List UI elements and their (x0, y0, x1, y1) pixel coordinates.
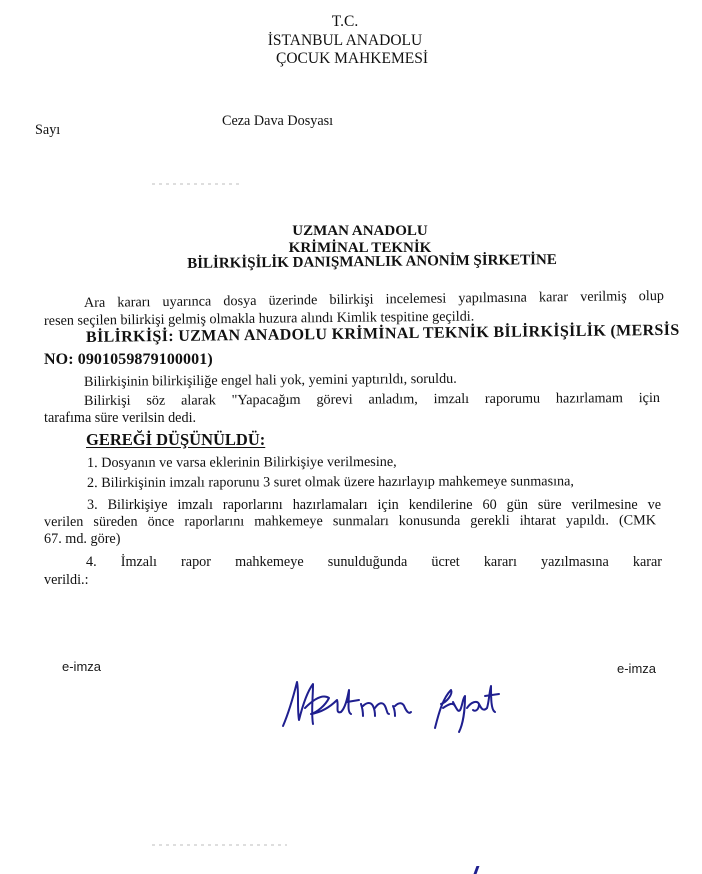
decision-item-3-line-1: 3. Bilirkişiye imzalı raporlarını hazırl… (87, 497, 661, 513)
paragraph-3-line-1: Bilirkişi söz alarak "Yapacağım görevi a… (84, 390, 660, 409)
decision-item-4-line-2: verildi.: (44, 572, 89, 588)
e-signature-label-left: e-imza (62, 659, 101, 674)
paragraph-2: Bilirkişinin bilirkişiliğe engel hali yo… (84, 371, 457, 390)
file-type: Ceza Dava Dosyası (222, 113, 333, 129)
ink-mark (474, 866, 480, 874)
paragraph-3-line-2: tarafıma süre verilsin dedi. (44, 410, 196, 426)
addressee-line-3: BİLİRKİŞİLİK DANIŞMANLIK ANONİM ŞİRKETİN… (172, 251, 572, 274)
header-court-city: İSTANBUL ANADOLU (255, 32, 435, 50)
sayi-label: Sayı (35, 122, 60, 138)
scan-artifact (152, 183, 242, 185)
decision-item-3-line-3: 67. md. göre) (44, 531, 120, 547)
decision-item-1: 1. Dosyanın ve varsa eklerinin Bilirkişi… (87, 454, 397, 471)
decision-item-3-line-2: verilen süreden önce raporlarını mahkeme… (44, 512, 656, 530)
paragraph-1-line-1: Ara kararı uyarınca dosya üzerinde bilir… (84, 288, 664, 311)
header-court-name: ÇOCUK MAHKEMESİ (262, 50, 442, 68)
decision-item-2: 2. Bilirkişinin imzalı raporunu 3 suret … (87, 473, 574, 491)
decision-item-4-line-1: 4. İmzalı rapor mahkemeye sunulduğunda ü… (86, 554, 662, 570)
e-signature-label-right: e-imza (617, 661, 656, 676)
decision-heading: GEREĞİ DÜŞÜNÜLDÜ: (86, 430, 265, 450)
expert-line-2: NO: 0901059879100001) (44, 351, 213, 369)
header-tc: T.C. (300, 13, 390, 31)
handwritten-signature-icon (275, 668, 515, 738)
scan-artifact (152, 844, 287, 846)
